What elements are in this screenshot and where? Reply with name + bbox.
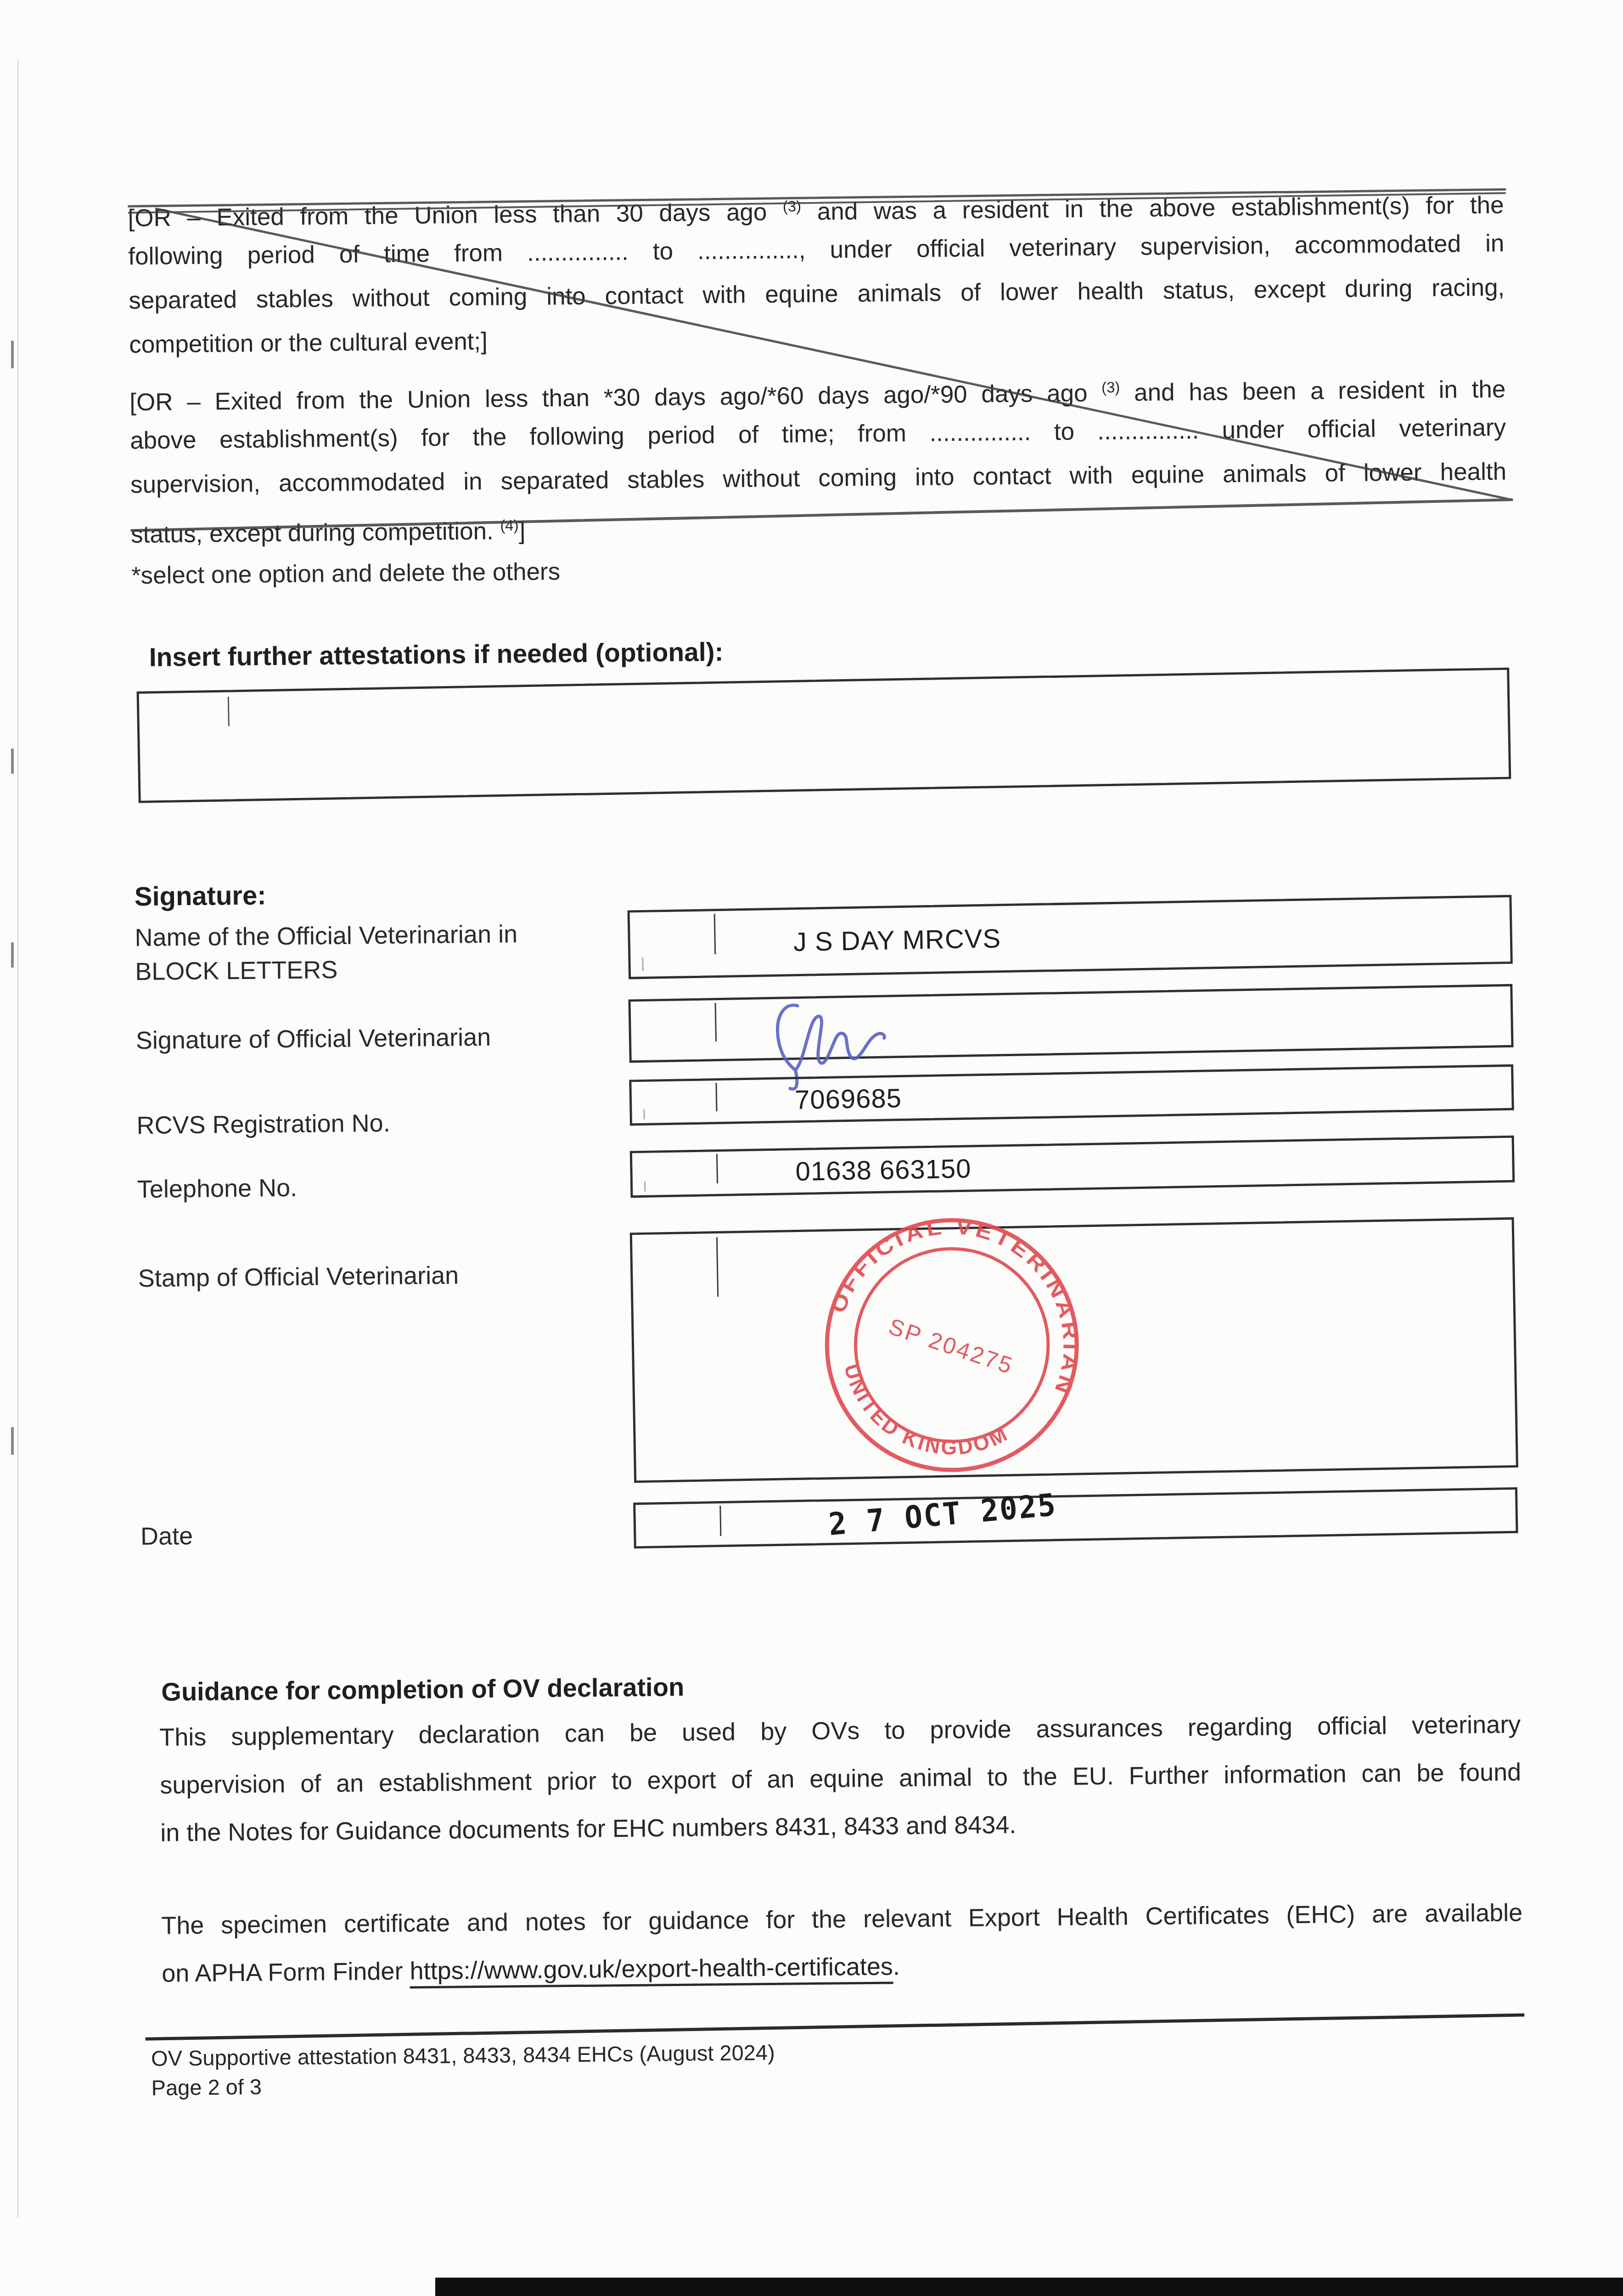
name-value: J S DAY MRCVS [793, 906, 1002, 974]
date-input-box[interactable]: 2 7 OCT 2025 [633, 1487, 1518, 1549]
export-certificates-link[interactable]: https://www.gov.uk/export-health-certifi… [410, 1953, 893, 1988]
footer-page-number: Page 2 of 3 [151, 2074, 262, 2100]
cell-divider-line [715, 1083, 717, 1111]
scan-bottom-black-bar [435, 2278, 1623, 2296]
select-option-note: *select one option and delete the others [131, 557, 561, 590]
scan-tick-mark [644, 1182, 646, 1192]
telephone-value: 01638 663150 [795, 1147, 972, 1193]
signature-field-label: Signature of Official Veterinarian [135, 1023, 491, 1055]
cell-divider-line [714, 914, 716, 954]
cell-divider-line [716, 1154, 718, 1183]
scan-tick-mark [642, 957, 644, 971]
cell-divider-line [716, 1237, 719, 1297]
official-veterinarian-stamp: OFFICIAL VETERINARIAN UNITED KINGDOM SP … [817, 1210, 1087, 1480]
name-field-label: Name of the Official Veterinarian in BLO… [135, 917, 518, 989]
guidance-paragraph-2: The specimen certificate and notes for g… [161, 1889, 1523, 1997]
date-stamp-value: 2 7 OCT 2025 [827, 1487, 1058, 1543]
scan-edge-dash [11, 341, 14, 368]
attestations-input-box[interactable] [137, 668, 1511, 803]
footer-attestation-ref: OV Supportive attestation 8431, 8433, 84… [151, 2040, 775, 2071]
page-content: [OR – Exited from the Union less than 30… [0, 0, 1623, 2296]
scan-edge-dash [11, 1427, 14, 1455]
rcvs-field-label: RCVS Registration No. [136, 1109, 390, 1140]
signature-section-heading: Signature: [134, 880, 266, 912]
scan-edge-line [17, 60, 18, 2218]
rcvs-value: 7069685 [794, 1077, 902, 1120]
telephone-input-box[interactable]: 01638 663150 [630, 1136, 1515, 1198]
scanned-document-page: [OR – Exited from the Union less than 30… [0, 0, 1623, 2296]
pen-strikeout-marks [0, 0, 1618, 643]
scan-tick-mark [643, 1109, 645, 1120]
date-field-label: Date [140, 1522, 193, 1551]
stamp-field-label: Stamp of Official Veterinarian [138, 1261, 459, 1293]
scan-edge-dash [11, 748, 14, 774]
name-input-box[interactable]: J S DAY MRCVS [628, 895, 1513, 979]
cell-divider-line [715, 1003, 717, 1041]
footer-rule [146, 2013, 1525, 2040]
guidance-heading: Guidance for completion of OV declaratio… [161, 1672, 684, 1707]
guidance-paragraph-1: This supplementary declaration can be us… [159, 1700, 1522, 1857]
scan-edge-dash [11, 942, 14, 968]
text-cursor-mark [228, 697, 230, 726]
stamp-center-text: SP 204275 [885, 1313, 1017, 1379]
attestations-heading: Insert further attestations if needed (o… [149, 637, 723, 673]
cell-divider-line [719, 1506, 721, 1536]
telephone-field-label: Telephone No. [137, 1174, 298, 1204]
